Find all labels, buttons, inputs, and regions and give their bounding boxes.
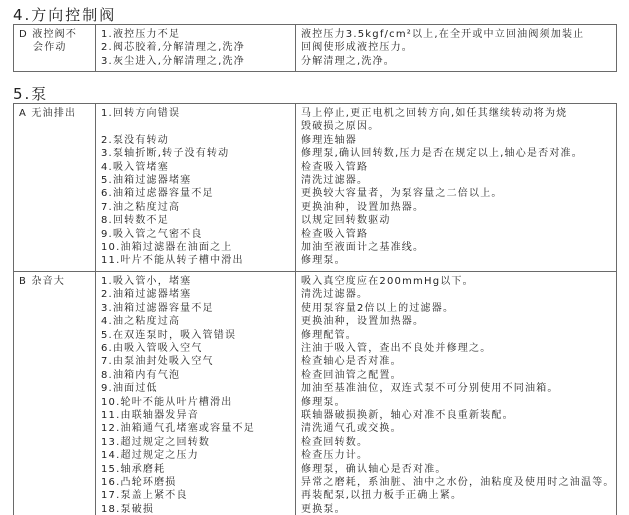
cause-item: 1.回转方向错误: [101, 107, 290, 120]
remedy-item: 马上停止,更正电机之回转方向,如任其继续转动将为烧: [301, 107, 611, 120]
cause-item: 2.阀芯胶着,分解清理之,洗净: [101, 41, 290, 54]
remedy-item: 更换较大容量者，为泵容量之二倍以上。: [301, 187, 611, 200]
remedy-item: 修理连轴器: [301, 134, 611, 147]
remedy-item: 修理泵，确认轴心是否对准。: [301, 463, 611, 476]
cause-item: 8.回转数不足: [101, 214, 290, 227]
cause-item: 7.油之粘度过高: [101, 201, 290, 214]
cause-item: 17.泵盖上紧不良: [101, 489, 290, 502]
cause-item: 3.油箱过滤器容量不足: [101, 302, 290, 315]
spacer: [101, 120, 290, 133]
remedy-item: 异常之磨耗，系油脏、油中之水份，油粘度及使用时之油温等。: [301, 476, 611, 489]
remedy-item: 联轴器破损换新，轴心对准不良重新装配。: [301, 409, 611, 422]
section-5-table: A 无油排出 1.回转方向错误 2.泵没有转动 3.泵轴折断,转子没有转动 4.…: [13, 103, 617, 515]
remedy-item: 更换油种，设置加热器。: [301, 201, 611, 214]
remedy-item: 注油于吸入管，查出不良处并修理之。: [301, 342, 611, 355]
cause-cell: 1.吸入管小，堵塞 2.油箱过滤器堵塞 3.油箱过滤器容量不足 4.油之粘度过高…: [96, 271, 296, 515]
section-5-title: 5.泵: [13, 83, 48, 104]
remedy-item: 修理泵。: [301, 396, 611, 409]
cause-item: 10.轮叶不能从叶片槽滑出: [101, 396, 290, 409]
remedy-cell: 马上停止,更正电机之回转方向,如任其继续转动将为烧 毁破损之原因。 修理连轴器 …: [296, 104, 617, 272]
cause-item: 13.超过规定之回转数: [101, 436, 290, 449]
cause-item: 7.由泵油封处吸入空气: [101, 355, 290, 368]
remedy-item: 检查回油管之配置。: [301, 369, 611, 382]
remedy-item: 吸入真空度应在200mmHg以下。: [301, 275, 611, 288]
table-row: D 液控阀不 会作动 1.液控压力不足 2.阀芯胶着,分解清理之,洗净 3.灰尘…: [14, 25, 617, 72]
remedy-item: 再装配泵,以扭力板手正确上紧。: [301, 489, 611, 502]
cause-item: 4.油之粘度过高: [101, 315, 290, 328]
cause-item: 3.灰尘进入,分解清理之,洗净: [101, 55, 290, 68]
cause-item: 11.由联轴器发异音: [101, 409, 290, 422]
cause-item: 15.轴承磨耗: [101, 463, 290, 476]
remedy-item: 检查压力计。: [301, 449, 611, 462]
remedy-cell: 吸入真空度应在200mmHg以下。 清洗过滤器。 使用泵容量2倍以上的过滤器。 …: [296, 271, 617, 515]
cause-item: 6.由吸入管吸入空气: [101, 342, 290, 355]
symptom-cell: A 无油排出: [14, 104, 96, 272]
cause-item: 10.油箱过滤器在油面之上: [101, 241, 290, 254]
cause-item: 16.凸轮环磨损: [101, 476, 290, 489]
symptom-cell: B 杂音大: [14, 271, 96, 515]
remedy-item: 分解清理之,洗净。: [301, 55, 611, 68]
cause-item: 2.油箱过滤器堵塞: [101, 288, 290, 301]
remedy-item: 清洗过滤器。: [301, 174, 611, 187]
table-row: B 杂音大 1.吸入管小，堵塞 2.油箱过滤器堵塞 3.油箱过滤器容量不足 4.…: [14, 271, 617, 515]
remedy-item: 检查吸入管路: [301, 161, 611, 174]
remedy-item: 修理泵。: [301, 254, 611, 267]
table-row: A 无油排出 1.回转方向错误 2.泵没有转动 3.泵轴折断,转子没有转动 4.…: [14, 104, 617, 272]
cause-cell: 1.液控压力不足 2.阀芯胶着,分解清理之,洗净 3.灰尘进入,分解清理之,洗净: [96, 25, 296, 72]
remedy-item: 检查吸入管路: [301, 228, 611, 241]
remedy-item: 检查轴心是否对准。: [301, 355, 611, 368]
cause-item: 1.吸入管小，堵塞: [101, 275, 290, 288]
remedy-item: 修理配管。: [301, 329, 611, 342]
cause-item: 11.叶片不能从转子槽中滑出: [101, 254, 290, 267]
cause-item: 3.泵轴折断,转子没有转动: [101, 147, 290, 160]
cause-item: 5.油箱过滤器堵塞: [101, 174, 290, 187]
symptom-label: 会作动: [19, 41, 90, 54]
remedy-item: 检查回转数。: [301, 436, 611, 449]
section-4-table: D 液控阀不 会作动 1.液控压力不足 2.阀芯胶着,分解清理之,洗净 3.灰尘…: [13, 24, 617, 72]
cause-item: 6.油箱过虑器容量不足: [101, 187, 290, 200]
section-4-title: 4.方向控制阀: [13, 4, 116, 25]
remedy-item: 回阀使形成液控压力。: [301, 41, 611, 54]
symptom-label: D 液控阀不: [19, 28, 90, 41]
remedy-item: 使用泵容量2倍以上的过滤器。: [301, 302, 611, 315]
remedy-item: 加油至基准油位，双连式泵不可分别使用不同油箱。: [301, 382, 611, 395]
remedy-item: 更换泵。: [301, 503, 611, 515]
cause-item: 12.油箱通气孔堵塞或容量不足: [101, 422, 290, 435]
remedy-item: 液控压力3.5kgf/cm²以上,在全开或中立回油阀须加装止: [301, 28, 611, 41]
symptom-label: A 无油排出: [19, 107, 90, 120]
remedy-item: 加油至液面计之基准线。: [301, 241, 611, 254]
cause-item: 9.油面过低: [101, 382, 290, 395]
remedy-item: 以规定回转数驱动: [301, 214, 611, 227]
cause-item: 8.油箱内有气泡: [101, 369, 290, 382]
cause-item: 5.在双连泵时，吸入管错误: [101, 329, 290, 342]
remedy-item: 清洗通气孔或交换。: [301, 422, 611, 435]
cause-item: 18.泵破损: [101, 503, 290, 515]
remedy-item: 更换油种，设置加热器。: [301, 315, 611, 328]
remedy-cell: 液控压力3.5kgf/cm²以上,在全开或中立回油阀须加装止 回阀使形成液控压力…: [296, 25, 617, 72]
remedy-item: 毁破损之原因。: [301, 120, 611, 133]
cause-item: 2.泵没有转动: [101, 134, 290, 147]
cause-item: 9.吸入管之气密不良: [101, 228, 290, 241]
cause-cell: 1.回转方向错误 2.泵没有转动 3.泵轴折断,转子没有转动 4.吸入管堵塞 5…: [96, 104, 296, 272]
cause-item: 4.吸入管堵塞: [101, 161, 290, 174]
remedy-item: 清洗过滤器。: [301, 288, 611, 301]
cause-item: 1.液控压力不足: [101, 28, 290, 41]
remedy-item: 修理泵,确认回转数,压力是否在规定以上,轴心是否对准。: [301, 147, 611, 160]
symptom-cell: D 液控阀不 会作动: [14, 25, 96, 72]
cause-item: 14.超过规定之压力: [101, 449, 290, 462]
symptom-label: B 杂音大: [19, 275, 90, 288]
